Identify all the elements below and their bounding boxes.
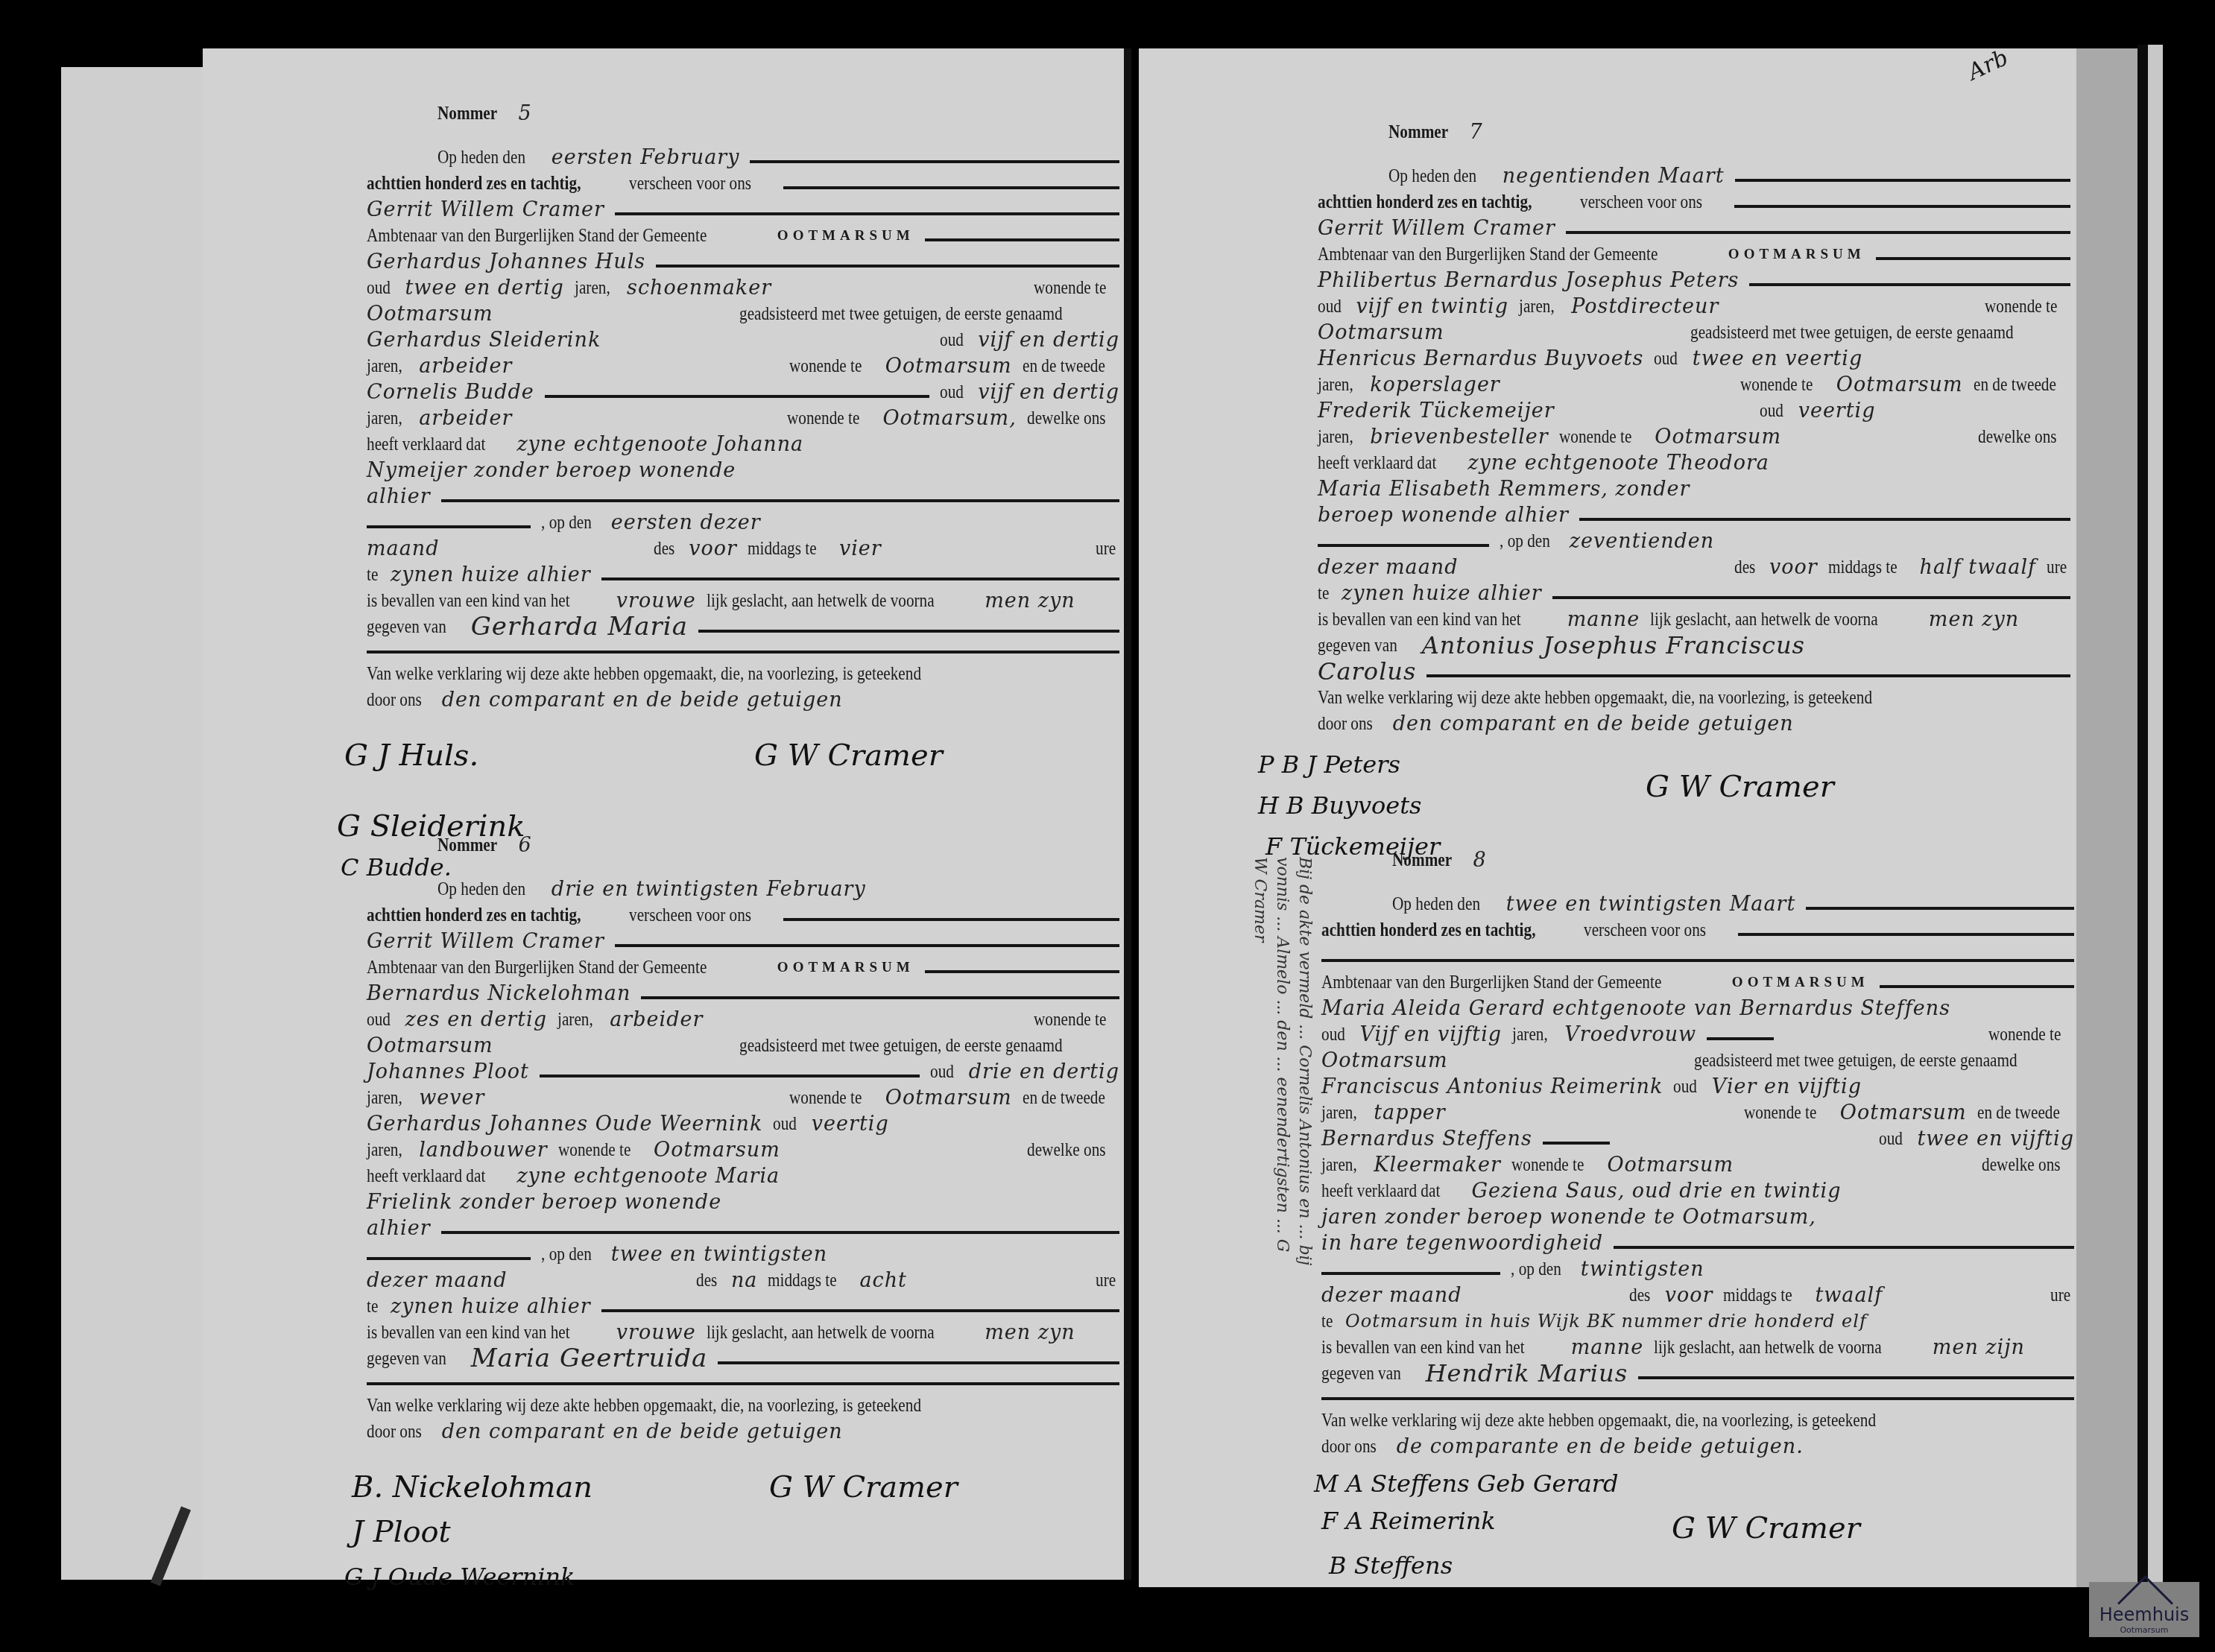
wonende-label: wonende te — [1034, 275, 1106, 301]
oud-label: oud — [1673, 1074, 1697, 1100]
oud-label: oud — [1321, 1022, 1345, 1048]
verklaard-label: heeft verklaard dat — [1318, 450, 1436, 476]
verscheen-label: verscheen voor ons — [629, 902, 751, 928]
witness2-age: veertig — [812, 1111, 889, 1137]
child-sex: manne — [1567, 607, 1640, 633]
jaren-label: jaren, — [367, 1137, 402, 1163]
jaren-label: jaren, — [575, 275, 610, 301]
ure-label: ure — [1096, 536, 1116, 562]
gemeente-name: OOTMARSUM — [1732, 969, 1869, 996]
child-names-2: Carolus — [1318, 659, 1416, 685]
declarant-age: twee en dertig — [405, 275, 564, 301]
witness2-occupation: brievenbesteller — [1370, 424, 1549, 450]
birth-month-ref: maand — [367, 536, 439, 562]
statement-line-3: in hare tegenwoordigheid — [1321, 1230, 1603, 1256]
statement-line-3: beroep wonende alhier — [1318, 502, 1569, 528]
year-line: achttien honderd zes en tachtig, — [367, 171, 581, 197]
birth-month-ref: dezer maand — [367, 1268, 507, 1294]
right-page: Nommer7 Op heden dennegentienden Maart a… — [1139, 48, 2076, 1587]
bevallen-label: is bevallen van een kind van het — [1318, 607, 1521, 633]
declarant-residence: Ootmarsum — [1318, 320, 1444, 346]
birth-place: zynen huize alhier — [1342, 580, 1542, 607]
declarant-occupation: Postdirecteur — [1571, 294, 1719, 320]
door-ons-label: door ons — [1321, 1434, 1377, 1460]
geadsisteerd-label: geadsisteerd met twee getuigen, de eerst… — [739, 301, 1063, 327]
middags-label: middags te — [748, 536, 817, 562]
gegeven-label: gegeven van — [367, 614, 446, 640]
jaren-label: jaren, — [1321, 1152, 1357, 1178]
declarant-residence: Ootmarsum — [1321, 1048, 1448, 1074]
witness1-occupation: arbeider — [419, 353, 512, 379]
wonende-label: wonende te — [1511, 1152, 1584, 1178]
birth-day: zeventienden — [1570, 528, 1714, 554]
birth-day: twintigsten — [1581, 1256, 1704, 1282]
birth-place: Ootmarsum in huis Wijk BK nummer drie ho… — [1345, 1308, 1867, 1335]
paper-left-edge — [61, 67, 203, 1580]
witness1-residence: Ootmarsum — [1840, 1100, 1967, 1126]
witness1-occupation: koperslager — [1370, 372, 1500, 398]
signature: J Ploot — [352, 1519, 451, 1545]
verklaard-label: heeft verklaard dat — [367, 431, 485, 458]
ambtenaar-label: Ambtenaar van den Burgerlijken Stand der… — [367, 955, 707, 981]
act-number: 6 — [518, 832, 531, 858]
jaren-label: jaren, — [1512, 1022, 1548, 1048]
witness1-name: Franciscus Antonius Reimerink — [1321, 1074, 1663, 1100]
signatures: M A Steffens Geb Gerard F A Reimerink B … — [1321, 1460, 2074, 1652]
gegeven-label: gegeven van — [1321, 1361, 1401, 1387]
ampm: na — [731, 1268, 758, 1294]
jaren-label: jaren, — [1519, 294, 1555, 320]
bevallen-label: is bevallen van een kind van het — [367, 588, 570, 614]
verklaard-label: heeft verklaard dat — [1321, 1178, 1440, 1204]
verscheen-label: verscheen voor ons — [629, 171, 751, 197]
declarant-name: Bernardus Nickelohman — [367, 981, 631, 1007]
te-label: te — [1321, 1308, 1333, 1335]
nommer-label: Nommer — [1388, 119, 1448, 145]
middags-label: middags te — [1828, 554, 1898, 580]
wonende-label: wonende te — [1988, 1022, 2061, 1048]
witness1-residence: Ootmarsum — [885, 1085, 1012, 1111]
tweede-label: en de tweede — [1974, 372, 2056, 398]
official-name: Gerrit Willem Cramer — [367, 197, 604, 223]
statement-line-2: Maria Elisabeth Remmers, zonder — [1318, 476, 1690, 502]
oud-label: oud — [1654, 346, 1678, 372]
birth-time: acht — [859, 1268, 906, 1294]
gemeente-name: OOTMARSUM — [777, 955, 914, 981]
signature: B Steffens — [1329, 1553, 1453, 1579]
declarant-name: Gerhardus Johannes Huls — [367, 249, 645, 275]
gemeente-name: OOTMARSUM — [1728, 241, 1865, 268]
middags-label: middags te — [768, 1268, 837, 1294]
des-label: des — [1629, 1282, 1650, 1308]
statement-line-2: Frielink zonder beroep wonende — [367, 1189, 721, 1215]
des-label: des — [696, 1268, 717, 1294]
witness1-occupation: wever — [419, 1085, 484, 1111]
oud-label: oud — [1879, 1126, 1903, 1152]
year-line: achttien honderd zes en tachtig, — [1318, 189, 1532, 215]
nommer-label: Nommer — [437, 832, 497, 858]
statement-line-1: zyne echtgenoote Theodora — [1467, 450, 1769, 476]
act-6: Nommer6 Op heden dendrie en twintigsten … — [367, 832, 1119, 1639]
verklaard-label: heeft verklaard dat — [367, 1163, 485, 1189]
witness2-occupation: Kleermaker — [1374, 1152, 1501, 1178]
oud-label: oud — [1318, 294, 1342, 320]
book-spine-line — [2137, 45, 2148, 1587]
verscheen-label: verscheen voor ons — [1580, 189, 1702, 215]
child-sex: vrouwe — [616, 1320, 696, 1346]
witness1-age: vijf en dertig — [978, 327, 1119, 353]
middags-label: middags te — [1723, 1282, 1792, 1308]
signed-by: den comparant en de beide getuigen — [442, 1419, 843, 1445]
wonende-label: wonende te — [1034, 1007, 1106, 1033]
birth-day: twee en twintigsten — [611, 1241, 827, 1268]
wonende-label: wonende te — [1744, 1100, 1816, 1126]
child-names: Antonius Josephus Franciscus — [1422, 633, 1805, 659]
watermark-title: Heemhuis — [2089, 1606, 2199, 1624]
wonende-label: wonende te — [787, 405, 859, 431]
geslacht-label: lijk geslacht, aan hetwelk de voorna — [707, 588, 935, 614]
nommer-label: Nommer — [1392, 847, 1452, 873]
act-8: Nommer8 Op heden dentwee en twintigsten … — [1321, 847, 2074, 1652]
dewelke-label: dewelke ons — [1982, 1152, 2061, 1178]
geadsisteerd-label: geadsisteerd met twee getuigen, de eerst… — [1690, 320, 2014, 346]
te-label: te — [367, 1294, 378, 1320]
witness1-residence: Ootmarsum — [1836, 372, 1963, 398]
dewelke-label: dewelke ons — [1027, 405, 1106, 431]
statement-line-2: Nymeijer zonder beroep wonende — [367, 458, 736, 484]
act-number: 7 — [1469, 119, 1482, 145]
birth-time: twaalf — [1815, 1282, 1883, 1308]
names-suffix: men zyn — [1929, 607, 2019, 633]
jaren-label: jaren, — [1318, 424, 1353, 450]
op-den-label: , op den — [541, 510, 592, 536]
statement-line-1: zyne echtgenoote Johanna — [516, 431, 803, 458]
ambtenaar-label: Ambtenaar van den Burgerlijken Stand der… — [1321, 969, 1661, 996]
jaren-label: jaren, — [367, 405, 402, 431]
closing-text: Van welke verklaring wij deze akte hebbe… — [1318, 685, 1872, 711]
geslacht-label: lijk geslacht, aan hetwelk de voorna — [707, 1320, 935, 1346]
statement-line-3: alhier — [367, 1215, 431, 1241]
child-names: Hendrik Marius — [1426, 1361, 1628, 1387]
wonende-label: wonende te — [1559, 424, 1631, 450]
signed-by: de comparante en de beide getuigen. — [1397, 1434, 1804, 1460]
signature: G W Cramer — [754, 743, 943, 769]
te-label: te — [1318, 580, 1329, 607]
act-date: drie en twintigsten February — [552, 876, 866, 902]
act-number: 8 — [1473, 847, 1486, 873]
geadsisteerd-label: geadsisteerd met twee getuigen, de eerst… — [1694, 1048, 2017, 1074]
witness2-residence: Ootmarsum — [654, 1137, 780, 1163]
jaren-label: jaren, — [1321, 1100, 1357, 1126]
signature: P B J Peters — [1258, 752, 1400, 778]
witness2-occupation: arbeider — [419, 405, 512, 431]
jaren-label: jaren, — [367, 353, 402, 379]
child-sex: manne — [1571, 1335, 1643, 1361]
act-date: negentienden Maart — [1503, 163, 1725, 189]
book-spine-strip — [2076, 48, 2137, 1587]
closing-text: Van welke verklaring wij deze akte hebbe… — [367, 1393, 921, 1419]
wonende-label: wonende te — [789, 1085, 862, 1111]
declarant-age: vijf en twintig — [1356, 294, 1509, 320]
statement-line-1: zyne echtgenoote Maria — [516, 1163, 780, 1189]
witness1-name: Henricus Bernardus Buyvoets — [1318, 346, 1643, 372]
witness1-occupation: tapper — [1374, 1100, 1445, 1126]
door-ons-label: door ons — [367, 687, 422, 713]
bevallen-label: is bevallen van een kind van het — [1321, 1335, 1525, 1361]
declarant-name: Maria Aleida Gerard echtgenoote van Bern… — [1321, 996, 1950, 1022]
witness2-name: Cornelis Budde — [367, 379, 534, 405]
wonende-label: wonende te — [1985, 294, 2057, 320]
signature: G W Cramer — [769, 1475, 958, 1501]
oud-label: oud — [940, 327, 964, 353]
witness2-age: twee en vijftig — [1918, 1126, 2074, 1152]
jaren-label: jaren, — [1318, 372, 1353, 398]
witness1-name: Johannes Ploot — [367, 1059, 529, 1085]
op-heden-label: Op heden den — [1388, 163, 1476, 189]
act-5: Nommer5 Op heden deneersten February ach… — [367, 101, 1119, 907]
signature: G W Cramer — [1672, 1516, 1860, 1542]
declarant-occupation: schoenmaker — [627, 275, 771, 301]
door-ons-label: door ons — [1318, 711, 1373, 737]
witness2-occupation: landbouwer — [419, 1137, 547, 1163]
op-den-label: , op den — [1511, 1256, 1561, 1282]
op-heden-label: Op heden den — [1392, 891, 1480, 917]
op-heden-label: Op heden den — [437, 876, 525, 902]
signature: G J Oude Weernink — [344, 1564, 575, 1590]
jaren-label: jaren, — [367, 1085, 402, 1111]
statement-line-3: alhier — [367, 484, 431, 510]
book-spine-edge — [2148, 45, 2163, 1587]
signatures: B. Nickelohman J Ploot G J Oude Weernink… — [367, 1445, 1119, 1639]
geadsisteerd-label: geadsisteerd met twee getuigen, de eerst… — [739, 1033, 1063, 1059]
witness2-name: Bernardus Steffens — [1321, 1126, 1532, 1152]
ampm: voor — [689, 536, 737, 562]
signature: B. Nickelohman — [352, 1475, 593, 1501]
statement-line-1: Geziena Saus, oud drie en twintig — [1471, 1178, 1841, 1204]
closing-text: Van welke verklaring wij deze akte hebbe… — [1321, 1408, 1876, 1434]
wonende-label: wonende te — [558, 1137, 631, 1163]
verscheen-label: verscheen voor ons — [1584, 917, 1706, 943]
wonende-label: wonende te — [1740, 372, 1813, 398]
dewelke-label: dewelke ons — [1027, 1137, 1106, 1163]
names-suffix: men zyn — [985, 1320, 1075, 1346]
oud-label: oud — [367, 1007, 391, 1033]
declarant-residence: Ootmarsum — [367, 301, 493, 327]
birth-time: half twaalf — [1920, 554, 2036, 580]
op-heden-label: Op heden den — [437, 145, 525, 171]
op-den-label: , op den — [1500, 528, 1550, 554]
signature: F A Reimerink — [1321, 1508, 1496, 1534]
act-number: 5 — [518, 101, 531, 127]
child-sex: vrouwe — [616, 588, 696, 614]
declarant-age: Vijf en vijftig — [1360, 1022, 1503, 1048]
oud-label: oud — [367, 275, 391, 301]
door-ons-label: door ons — [367, 1419, 422, 1445]
birth-month-ref: dezer maand — [1321, 1282, 1462, 1308]
declarant-name: Philibertus Bernardus Josephus Peters — [1318, 268, 1739, 294]
signature: M A Steffens Geb Gerard — [1314, 1471, 1619, 1497]
tweede-label: en de tweede — [1977, 1100, 2060, 1126]
witness2-residence: Ootmarsum, — [882, 405, 1016, 431]
nommer-label: Nommer — [437, 101, 497, 127]
declarant-occupation: Vroedvrouw — [1564, 1022, 1696, 1048]
witness2-age: vijf en dertig — [978, 379, 1119, 405]
jaren-label: jaren, — [557, 1007, 593, 1033]
tweede-label: en de tweede — [1023, 353, 1105, 379]
year-line: achttien honderd zes en tachtig, — [367, 902, 581, 928]
birth-day: eersten dezer — [611, 510, 761, 536]
witness2-residence: Ootmarsum — [1655, 424, 1781, 450]
heemhuis-watermark: Heemhuis Ootmarsum — [2089, 1582, 2199, 1637]
act-date: twee en twintigsten Maart — [1506, 891, 1795, 917]
wonende-label: wonende te — [789, 353, 862, 379]
birth-month-ref: dezer maand — [1318, 554, 1458, 580]
left-page: Nommer5 Op heden deneersten February ach… — [203, 48, 1131, 1580]
bevallen-label: is bevallen van een kind van het — [367, 1320, 570, 1346]
official-name: Gerrit Willem Cramer — [367, 928, 604, 955]
witness2-age: veertig — [1798, 398, 1876, 424]
des-label: des — [1734, 554, 1755, 580]
witness1-age: twee en veertig — [1693, 346, 1862, 372]
watermark-subtitle: Ootmarsum — [2089, 1625, 2199, 1635]
names-suffix: men zyn — [985, 588, 1075, 614]
year-line: achttien honderd zes en tachtig, — [1321, 917, 1535, 943]
dewelke-label: dewelke ons — [1978, 424, 2057, 450]
ampm: voor — [1769, 554, 1818, 580]
birth-time: vier — [839, 536, 882, 562]
tweede-label: en de tweede — [1023, 1085, 1105, 1111]
gegeven-label: gegeven van — [367, 1346, 446, 1372]
signature: G W Cramer — [1646, 774, 1834, 800]
signature: G J Huls. — [344, 743, 478, 769]
op-den-label: , op den — [541, 1241, 592, 1268]
ambtenaar-label: Ambtenaar van den Burgerlijken Stand der… — [1318, 241, 1658, 268]
witness2-residence: Ootmarsum — [1607, 1152, 1734, 1178]
witness1-residence: Ootmarsum — [885, 353, 1012, 379]
ambtenaar-label: Ambtenaar van den Burgerlijken Stand der… — [367, 223, 707, 249]
statement-line-2: jaren zonder beroep wonende te Ootmarsum… — [1321, 1204, 1816, 1230]
oud-label: oud — [940, 379, 964, 405]
names-suffix: men zijn — [1933, 1335, 2025, 1361]
declarant-age: zes en dertig — [405, 1007, 548, 1033]
birth-place: zynen huize alhier — [391, 1294, 591, 1320]
geslacht-label: lijk geslacht, aan hetwelk de voorna — [1654, 1335, 1882, 1361]
declarant-residence: Ootmarsum — [367, 1033, 493, 1059]
act-7: Nommer7 Op heden dennegentienden Maart a… — [1318, 119, 2070, 931]
act-date: eersten February — [552, 145, 740, 171]
te-label: te — [367, 562, 378, 588]
oud-label: oud — [930, 1059, 954, 1085]
oud-label: oud — [773, 1111, 797, 1137]
witness1-age: Vier en vijftig — [1712, 1074, 1862, 1100]
signed-by: den comparant en de beide getuigen — [1393, 711, 1794, 737]
child-names: Maria Geertruida — [471, 1346, 708, 1372]
birth-place: zynen huize alhier — [391, 562, 591, 588]
witness1-age: drie en dertig — [969, 1059, 1119, 1085]
signature: H B Buyvoets — [1258, 793, 1422, 819]
geslacht-label: lijk geslacht, aan hetwelk de voorna — [1650, 607, 1878, 633]
gemeente-name: OOTMARSUM — [777, 223, 914, 249]
witness2-name: Gerhardus Johannes Oude Weernink — [367, 1111, 762, 1137]
ure-label: ure — [2047, 554, 2067, 580]
signed-by: den comparant en de beide getuigen — [442, 687, 843, 713]
witness1-name: Gerhardus Sleiderink — [367, 327, 601, 353]
gegeven-label: gegeven van — [1318, 633, 1397, 659]
oud-label: oud — [1760, 398, 1783, 424]
official-name: Gerrit Willem Cramer — [1318, 215, 1555, 241]
witness2-name: Frederik Tückemeijer — [1318, 398, 1555, 424]
des-label: des — [654, 536, 674, 562]
closing-text: Van welke verklaring wij deze akte hebbe… — [367, 661, 921, 687]
child-names: Gerharda Maria — [471, 614, 688, 640]
declarant-occupation: arbeider — [610, 1007, 703, 1033]
ure-label: ure — [1096, 1268, 1116, 1294]
ure-label: ure — [2050, 1282, 2070, 1308]
ampm: voor — [1665, 1282, 1713, 1308]
margin-note: Bij de akte vermeld ... Cornelis Antoniu… — [1174, 857, 1315, 1274]
